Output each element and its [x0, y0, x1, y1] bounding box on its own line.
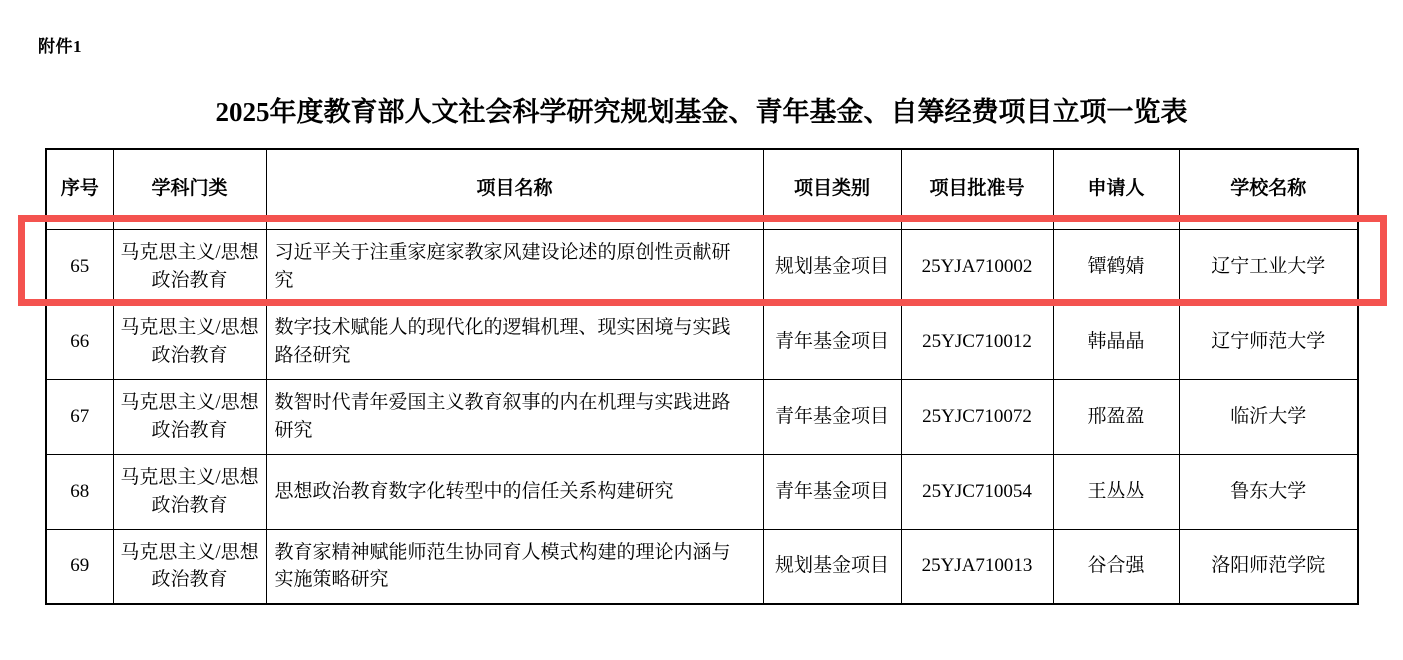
cell-school: 临沂大学 — [1179, 379, 1358, 454]
col-header-project-name: 项目名称 — [266, 149, 763, 229]
cell-discipline: 马克思主义/思想政治教育 — [113, 379, 266, 454]
table-row: 69 马克思主义/思想政治教育 教育家精神赋能师范生协同育人模式构建的理论内涵与… — [46, 529, 1358, 604]
cell-grant-no: 25YJC710054 — [901, 454, 1053, 529]
cell-project-name: 教育家精神赋能师范生协同育人模式构建的理论内涵与实施策略研究 — [266, 529, 763, 604]
cell-no: 66 — [46, 304, 113, 379]
cell-school: 辽宁师范大学 — [1179, 304, 1358, 379]
cell-project-name: 数智时代青年爱国主义教育叙事的内在机理与实践进路研究 — [266, 379, 763, 454]
cell-category: 青年基金项目 — [763, 454, 901, 529]
cell-applicant: 韩晶晶 — [1053, 304, 1179, 379]
cell-discipline: 马克思主义/思想政治教育 — [113, 229, 266, 304]
table-row: 66 马克思主义/思想政治教育 数字技术赋能人的现代化的逻辑机理、现实困境与实践… — [46, 304, 1358, 379]
cell-no: 69 — [46, 529, 113, 604]
table-row: 65 马克思主义/思想政治教育 习近平关于注重家庭家教家风建设论述的原创性贡献研… — [46, 229, 1358, 304]
cell-discipline: 马克思主义/思想政治教育 — [113, 529, 266, 604]
cell-applicant: 镡鹤婧 — [1053, 229, 1179, 304]
cell-grant-no: 25YJC710072 — [901, 379, 1053, 454]
cell-applicant: 王丛丛 — [1053, 454, 1179, 529]
cell-project-name: 习近平关于注重家庭家教家风建设论述的原创性贡献研究 — [266, 229, 763, 304]
cell-category: 规划基金项目 — [763, 229, 901, 304]
table-row: 67 马克思主义/思想政治教育 数智时代青年爱国主义教育叙事的内在机理与实践进路… — [46, 379, 1358, 454]
col-header-applicant: 申请人 — [1053, 149, 1179, 229]
projects-table: 序号 学科门类 项目名称 项目类别 项目批准号 申请人 学校名称 65 马克思主… — [45, 148, 1359, 605]
cell-no: 68 — [46, 454, 113, 529]
cell-applicant: 谷合强 — [1053, 529, 1179, 604]
cell-category: 青年基金项目 — [763, 304, 901, 379]
cell-school: 洛阳师范学院 — [1179, 529, 1358, 604]
cell-project-name: 思想政治教育数字化转型中的信任关系构建研究 — [266, 454, 763, 529]
cell-category: 规划基金项目 — [763, 529, 901, 604]
page-title: 2025年度教育部人文社会科学研究规划基金、青年基金、自筹经费项目立项一览表 — [0, 90, 1403, 129]
header-row: 序号 学科门类 项目名称 项目类别 项目批准号 申请人 学校名称 — [46, 149, 1358, 229]
col-header-discipline: 学科门类 — [113, 149, 266, 229]
col-header-category: 项目类别 — [763, 149, 901, 229]
cell-grant-no: 25YJC710012 — [901, 304, 1053, 379]
document-page: 附件1 2025年度教育部人文社会科学研究规划基金、青年基金、自筹经费项目立项一… — [0, 0, 1403, 660]
col-header-no: 序号 — [46, 149, 113, 229]
cell-no: 65 — [46, 229, 113, 304]
col-header-grant-no: 项目批准号 — [901, 149, 1053, 229]
cell-project-name: 数字技术赋能人的现代化的逻辑机理、现实困境与实践路径研究 — [266, 304, 763, 379]
cell-discipline: 马克思主义/思想政治教育 — [113, 304, 266, 379]
table-row: 68 马克思主义/思想政治教育 思想政治教育数字化转型中的信任关系构建研究 青年… — [46, 454, 1358, 529]
col-header-school: 学校名称 — [1179, 149, 1358, 229]
attachment-label: 附件1 — [38, 32, 82, 57]
cell-discipline: 马克思主义/思想政治教育 — [113, 454, 266, 529]
cell-school: 鲁东大学 — [1179, 454, 1358, 529]
cell-category: 青年基金项目 — [763, 379, 901, 454]
cell-grant-no: 25YJA710013 — [901, 529, 1053, 604]
cell-no: 67 — [46, 379, 113, 454]
cell-applicant: 邢盈盈 — [1053, 379, 1179, 454]
cell-school: 辽宁工业大学 — [1179, 229, 1358, 304]
cell-grant-no: 25YJA710002 — [901, 229, 1053, 304]
